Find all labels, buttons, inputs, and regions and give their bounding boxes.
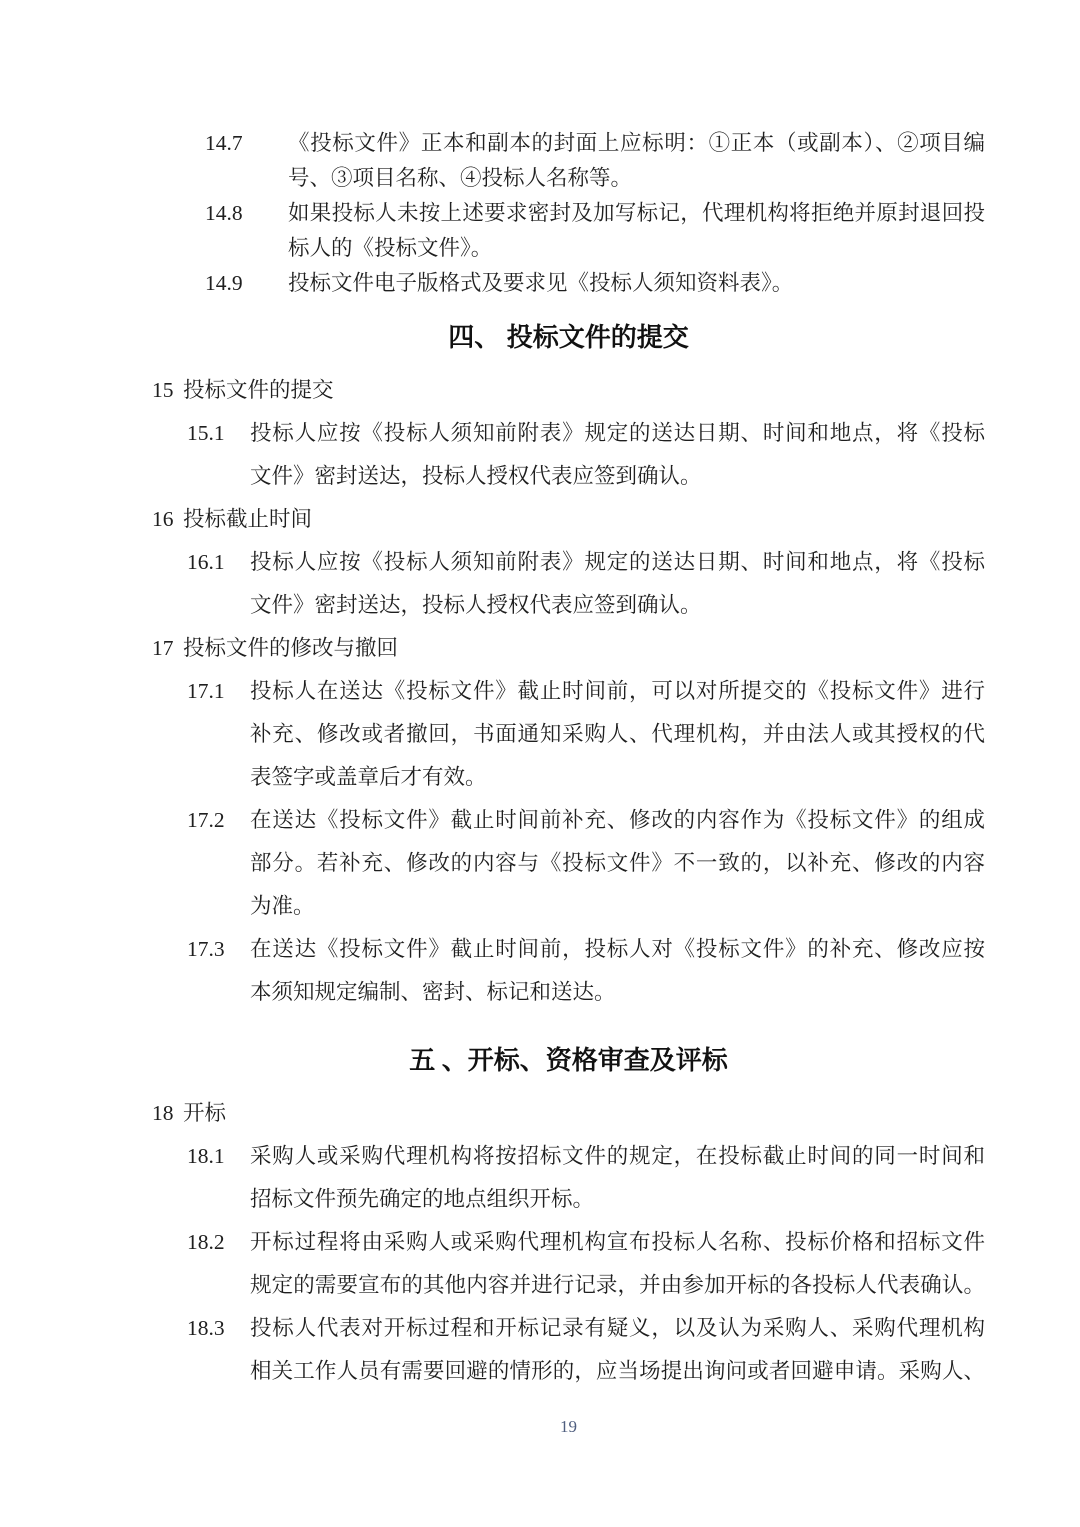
clause-number: 14.8 <box>205 196 288 231</box>
clause-body: 如果投标人未按上述要求密封及加写标记，代理机构将拒绝并原封退回投 标人的《投标文… <box>288 196 985 266</box>
clause-body: 在送达《投标文件》截止时间前，投标人对《投标文件》的补充、修改应按 本须知规定编… <box>250 928 985 1014</box>
clause-body: 采购人或采购代理机构将按招标文件的规定，在投标截止时间的同一时间和 招标文件预先… <box>250 1135 985 1221</box>
clause-text-line: 相关工作人员有需要回避的情形的，应当场提出询问或者回避申请。采购人、 <box>250 1350 985 1393</box>
clause-14-9: 14.9 投标文件电子版格式及要求见《投标人须知资料表》。 <box>205 266 985 301</box>
clause-text-line: 表签字或盖章后才有效。 <box>250 756 985 799</box>
clause-text-line: 投标人在送达《投标文件》截止时间前，可以对所提交的《投标文件》进行 <box>250 670 985 713</box>
item-15: 15 投标文件的提交 <box>152 369 1080 412</box>
clause-text-line: 《投标文件》正本和副本的封面上应标明：①正本（或副本）、②项目编 <box>288 126 985 161</box>
clause-number: 14.9 <box>205 266 288 301</box>
clause-text-line: 本须知规定编制、密封、标记和送达。 <box>250 971 985 1014</box>
clause-text-line: 如果投标人未按上述要求密封及加写标记，代理机构将拒绝并原封退回投 <box>288 196 985 231</box>
clause-number: 17.1 <box>187 670 250 713</box>
clause-number: 18.3 <box>187 1307 250 1350</box>
clause-text-line: 文件》密封送达，投标人授权代表应签到确认。 <box>250 455 985 498</box>
item-number: 18 <box>152 1092 183 1135</box>
clause-text-line: 投标人应按《投标人须知前附表》规定的送达日期、时间和地点，将《投标 <box>250 541 985 584</box>
clause-text-line: 补充、修改或者撤回，书面通知采购人、代理机构，并由法人或其授权的代 <box>250 713 985 756</box>
clause-text-line: 在送达《投标文件》截止时间前，投标人对《投标文件》的补充、修改应按 <box>250 928 985 971</box>
item-title: 投标文件的修改与撤回 <box>183 627 398 670</box>
clause-number: 17.2 <box>187 799 250 842</box>
clause-15-1: 15.1 投标人应按《投标人须知前附表》规定的送达日期、时间和地点，将《投标 文… <box>187 412 1080 498</box>
item-number: 15 <box>152 369 183 412</box>
item-title: 投标截止时间 <box>183 498 312 541</box>
clause-number: 18.2 <box>187 1221 250 1264</box>
document-page: 14.7 《投标文件》正本和副本的封面上应标明：①正本（或副本）、②项目编 号、… <box>0 0 1080 1527</box>
clause-body: 《投标文件》正本和副本的封面上应标明：①正本（或副本）、②项目编 号、③项目名称… <box>288 126 985 196</box>
clause-18-1: 18.1 采购人或采购代理机构将按招标文件的规定，在投标截止时间的同一时间和 招… <box>187 1135 1080 1221</box>
item-number: 17 <box>152 627 183 670</box>
item-title: 开标 <box>183 1092 226 1135</box>
clause-text-line: 招标文件预先确定的地点组织开标。 <box>250 1178 985 1221</box>
clause-text-line: 投标人应按《投标人须知前附表》规定的送达日期、时间和地点，将《投标 <box>250 412 985 455</box>
clause-17-1: 17.1 投标人在送达《投标文件》截止时间前，可以对所提交的《投标文件》进行 补… <box>187 670 1080 799</box>
clause-14-8: 14.8 如果投标人未按上述要求密封及加写标记，代理机构将拒绝并原封退回投 标人… <box>205 196 985 266</box>
clause-text-line: 文件》密封送达，投标人授权代表应签到确认。 <box>250 584 985 627</box>
clause-body: 投标人代表对开标过程和开标记录有疑义，以及认为采购人、采购代理机构 相关工作人员… <box>250 1307 985 1393</box>
section-heading-five: 五 、开标、资格审查及评标 <box>152 1040 985 1082</box>
clause-number: 15.1 <box>187 412 250 455</box>
clause-text-line: 采购人或采购代理机构将按招标文件的规定，在投标截止时间的同一时间和 <box>250 1135 985 1178</box>
item-17: 17 投标文件的修改与撤回 <box>152 627 1080 670</box>
clause-text-line: 标人的《投标文件》。 <box>288 231 985 266</box>
clause-14-7: 14.7 《投标文件》正本和副本的封面上应标明：①正本（或副本）、②项目编 号、… <box>205 126 985 196</box>
clause-body: 投标人应按《投标人须知前附表》规定的送达日期、时间和地点，将《投标 文件》密封送… <box>250 412 985 498</box>
clause-text-line: 号、③项目名称、④投标人名称等。 <box>288 161 985 196</box>
clause-18-3: 18.3 投标人代表对开标过程和开标记录有疑义，以及认为采购人、采购代理机构 相… <box>187 1307 1080 1393</box>
clause-body: 开标过程将由采购人或采购代理机构宣布投标人名称、投标价格和招标文件 规定的需要宣… <box>250 1221 985 1307</box>
clause-number: 18.1 <box>187 1135 250 1178</box>
clause-body: 投标文件电子版格式及要求见《投标人须知资料表》。 <box>288 266 985 301</box>
clause-number: 14.7 <box>205 126 288 161</box>
clause-text-line: 规定的需要宣布的其他内容并进行记录，并由参加开标的各投标人代表确认。 <box>250 1264 985 1307</box>
clause-text-line: 部分。若补充、修改的内容与《投标文件》不一致的，以补充、修改的内容 <box>250 842 985 885</box>
page-number: 19 <box>152 1415 985 1439</box>
item-number: 16 <box>152 498 183 541</box>
clause-text-line: 投标人代表对开标过程和开标记录有疑义，以及认为采购人、采购代理机构 <box>250 1307 985 1350</box>
clause-text-line: 开标过程将由采购人或采购代理机构宣布投标人名称、投标价格和招标文件 <box>250 1221 985 1264</box>
item-18: 18 开标 <box>152 1092 1080 1135</box>
clause-number: 16.1 <box>187 541 250 584</box>
clauses-14-block: 14.7 《投标文件》正本和副本的封面上应标明：①正本（或副本）、②项目编 号、… <box>205 126 985 301</box>
clause-text-line: 为准。 <box>250 885 985 928</box>
section-heading-four: 四、 投标文件的提交 <box>152 317 985 359</box>
clause-18-2: 18.2 开标过程将由采购人或采购代理机构宣布投标人名称、投标价格和招标文件 规… <box>187 1221 1080 1307</box>
clause-text-line: 投标文件电子版格式及要求见《投标人须知资料表》。 <box>288 266 985 301</box>
clause-body: 在送达《投标文件》截止时间前补充、修改的内容作为《投标文件》的组成 部分。若补充… <box>250 799 985 928</box>
clause-text-line: 在送达《投标文件》截止时间前补充、修改的内容作为《投标文件》的组成 <box>250 799 985 842</box>
clause-number: 17.3 <box>187 928 250 971</box>
clause-17-3: 17.3 在送达《投标文件》截止时间前，投标人对《投标文件》的补充、修改应按 本… <box>187 928 1080 1014</box>
clause-body: 投标人应按《投标人须知前附表》规定的送达日期、时间和地点，将《投标 文件》密封送… <box>250 541 985 627</box>
clause-17-2: 17.2 在送达《投标文件》截止时间前补充、修改的内容作为《投标文件》的组成 部… <box>187 799 1080 928</box>
clause-16-1: 16.1 投标人应按《投标人须知前附表》规定的送达日期、时间和地点，将《投标 文… <box>187 541 1080 627</box>
clause-body: 投标人在送达《投标文件》截止时间前，可以对所提交的《投标文件》进行 补充、修改或… <box>250 670 985 799</box>
item-title: 投标文件的提交 <box>183 369 334 412</box>
item-16: 16 投标截止时间 <box>152 498 1080 541</box>
